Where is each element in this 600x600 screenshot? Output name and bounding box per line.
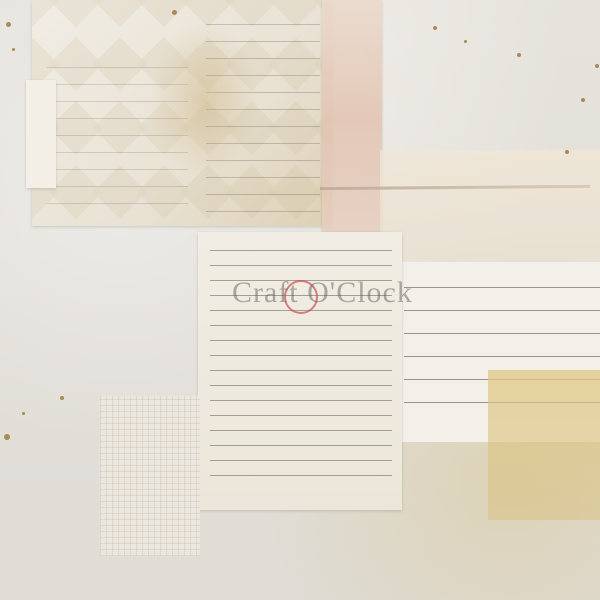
watermark-text: Craft O'Clock bbox=[232, 276, 413, 310]
gold-speck bbox=[565, 150, 569, 154]
grid-pattern bbox=[100, 396, 200, 556]
collage-canvas: Craft O'Clock bbox=[0, 0, 600, 600]
gold-speck bbox=[517, 53, 521, 57]
gold-speck bbox=[581, 98, 585, 102]
gold-speck bbox=[433, 26, 437, 30]
grid-paper-scrap bbox=[100, 396, 200, 556]
gold-speck bbox=[172, 10, 177, 15]
gold-speck bbox=[60, 396, 64, 400]
gold-speck bbox=[464, 40, 467, 43]
top-right-cream-panel bbox=[380, 150, 600, 260]
torn-paper-tab bbox=[26, 80, 56, 188]
typed-document-page bbox=[198, 232, 402, 510]
gold-speck bbox=[6, 22, 11, 27]
ochre-stain-top bbox=[150, 20, 260, 180]
rose-stained-strip bbox=[322, 0, 382, 240]
gold-speck bbox=[12, 48, 15, 51]
gold-speck bbox=[595, 64, 599, 68]
gold-speck bbox=[22, 412, 25, 415]
gold-speck bbox=[4, 434, 10, 440]
ochre-wash bbox=[488, 370, 600, 520]
